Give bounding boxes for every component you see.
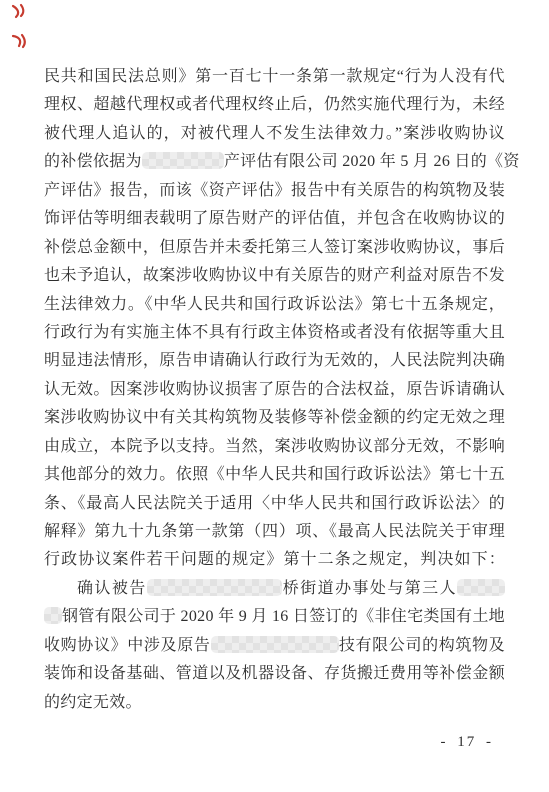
text-line: 认无效。因案涉收购协议损害了原告的合法权益，原告诉请确认 — [44, 376, 505, 404]
page-number: - 17 - — [441, 734, 494, 751]
text-run: 被代理人追认的，对被代理人不发生法律效力。”案涉收购协议 — [44, 125, 505, 142]
redaction-block — [44, 607, 62, 624]
text-line: 生法律效力。《中华人民共和国行政诉讼法》第七十五条规定， — [44, 291, 505, 319]
text-run: 解释》第九十九条第一款第（四）项、《最高人民法院关于审理 — [44, 523, 505, 540]
text-run: 明显违法情形，原告申请确认行政行为无效的，人民法院判决确 — [44, 352, 505, 369]
text-run: 由成立，本院予以支持。当然，案涉收购协议部分无效，不影响 — [44, 438, 505, 455]
text-line: 确认被告桥街道办事处与第三人 — [44, 575, 505, 603]
text-run: 装饰和设备基础、管道以及机器设备、存货搬迁费用等补偿金额 — [44, 665, 505, 682]
text-run: 确认被告 — [77, 580, 147, 597]
judgment-text-block: 民共和国民法总则》第一百七十一条第一款规定“行为人没有代理权、超越代理权或者代理… — [44, 63, 505, 717]
text-line: 补偿总金额中，但原告并未委托第三人签订案涉收购协议，事后 — [44, 234, 505, 262]
text-line: 理权、超越代理权或者代理权终止后，仍然实施代理行为，未经 — [44, 91, 505, 119]
text-run: 补偿总金额中，但原告并未委托第三人签订案涉收购协议，事后 — [44, 239, 505, 256]
text-line: 钢管有限公司于 2020 年 9 月 16 日签订的《非住宅类国有土地 — [44, 603, 505, 631]
text-run: 理权、超越代理权或者代理权终止后，仍然实施代理行为，未经 — [44, 96, 505, 113]
text-run: 生法律效力。《中华人民共和国行政诉讼法》第七十五条规定， — [44, 296, 505, 313]
text-line: 案涉收购协议中有关其构筑物及装修等补偿金额的约定无效之理 — [44, 404, 505, 432]
text-line: 的约定无效。 — [44, 689, 505, 717]
text-line: 民共和国民法总则》第一百七十一条第一款规定“行为人没有代 — [44, 63, 505, 91]
text-run: 案涉收购协议中有关其构筑物及装修等补偿金额的约定无效之理 — [44, 409, 505, 426]
text-line: 明显违法情形，原告申请确认行政行为无效的，人民法院判决确 — [44, 347, 505, 375]
text-line: 装饰和设备基础、管道以及机器设备、存货搬迁费用等补偿金额 — [44, 660, 505, 688]
text-run: 民共和国民法总则》第一百七十一条第一款规定“行为人没有代 — [44, 68, 505, 85]
red-pen-marks-icon — [8, 2, 38, 52]
text-line: 其他部分的效力。依照《中华人民共和国行政诉讼法》第七十五 — [44, 461, 505, 489]
text-line: 条、《最高人民法院关于适用〈中华人民共和国行政诉讼法〉的 — [44, 490, 505, 518]
text-run: 的约定无效。 — [44, 694, 142, 711]
text-line: 行政行为有实施主体不具有行政主体资格或者没有依据等重大且 — [44, 319, 505, 347]
text-run: 桥街道办事处与第三人 — [282, 580, 457, 597]
text-line: 由成立，本院予以支持。当然，案涉收购协议部分无效，不影响 — [44, 433, 505, 461]
text-line: 的补偿依据为产评估有限公司 2020 年 5 月 26 日的《资 — [44, 148, 505, 176]
text-run: 技有限公司的构筑物及 — [339, 637, 506, 654]
text-line: 饰评估等明细表载明了原告财产的评估值，并包含在收购协议的 — [44, 205, 505, 233]
text-run: 也未予追认，故案涉收购协议中有关原告的财产利益对原告不发 — [44, 267, 505, 284]
text-line: 收购协议》中涉及原告技有限公司的构筑物及 — [44, 632, 505, 660]
redaction-block — [147, 579, 282, 596]
document-page: 民共和国民法总则》第一百七十一条第一款规定“行为人没有代理权、超越代理权或者代理… — [0, 0, 549, 792]
text-line: 也未予追认，故案涉收购协议中有关原告的财产利益对原告不发 — [44, 262, 505, 290]
text-run: 条、《最高人民法院关于适用〈中华人民共和国行政诉讼法〉的 — [44, 495, 505, 512]
text-run: 钢管有限公司于 2020 年 9 月 16 日签订的《非住宅类国有土地 — [62, 608, 505, 625]
text-line: 解释》第九十九条第一款第（四）项、《最高人民法院关于审理 — [44, 518, 505, 546]
text-run: 行政协议案件若干问题的规定》第十二条之规定，判决如下： — [44, 551, 505, 568]
text-run: 饰评估等明细表载明了原告财产的评估值，并包含在收购协议的 — [44, 210, 505, 227]
text-run: 的补偿依据为 — [44, 153, 142, 170]
redaction-block — [457, 579, 505, 596]
redaction-block — [211, 636, 339, 653]
text-run: 行政行为有实施主体不具有行政主体资格或者没有依据等重大且 — [44, 324, 505, 341]
redaction-block — [142, 152, 224, 169]
text-line: 产评估》报告，而该《资产评估》报告中有关原告的构筑物及装 — [44, 177, 505, 205]
text-run: 收购协议》中涉及原告 — [44, 637, 211, 654]
text-line: 行政协议案件若干问题的规定》第十二条之规定，判决如下： — [44, 546, 505, 574]
text-run: 认无效。因案涉收购协议损害了原告的合法权益，原告诉请确认 — [44, 381, 505, 398]
text-line: 被代理人追认的，对被代理人不发生法律效力。”案涉收购协议 — [44, 120, 505, 148]
text-run: 产评估》报告，而该《资产评估》报告中有关原告的构筑物及装 — [44, 182, 505, 199]
text-run: 其他部分的效力。依照《中华人民共和国行政诉讼法》第七十五 — [44, 466, 505, 483]
text-run: 产评估有限公司 2020 年 5 月 26 日的《资 — [224, 153, 520, 170]
